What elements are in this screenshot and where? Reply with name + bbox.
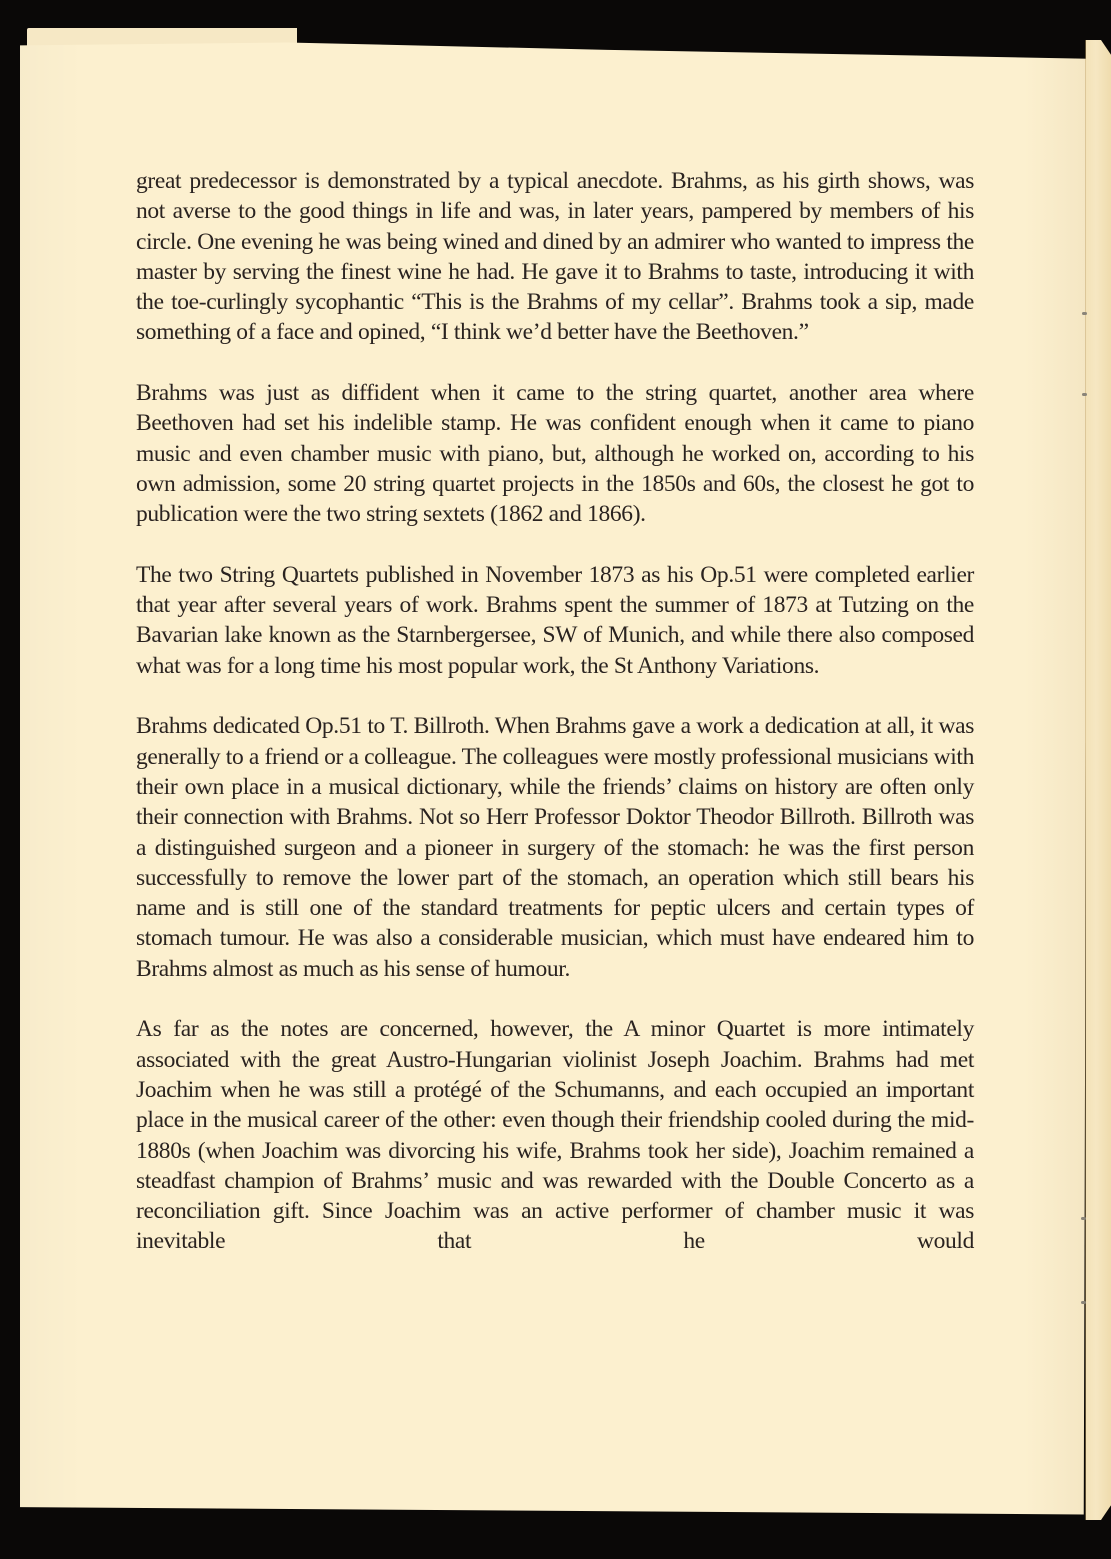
page-stack-edge — [1086, 40, 1111, 1520]
paragraph-op51: The two String Quartets published in Nov… — [136, 560, 974, 681]
paragraph-joachim: As far as the notes are concerned, howev… — [136, 1014, 974, 1256]
page-fold-line — [1085, 40, 1086, 1520]
paragraph-anecdote: great predecessor is demonstrated by a t… — [136, 166, 974, 348]
paragraph-string-quartet: Brahms was just as diffident when it cam… — [136, 378, 974, 529]
paragraph-billroth: Brahms dedicated Op.51 to T. Billroth. W… — [136, 711, 974, 984]
body-text: great predecessor is demonstrated by a t… — [136, 166, 974, 1287]
